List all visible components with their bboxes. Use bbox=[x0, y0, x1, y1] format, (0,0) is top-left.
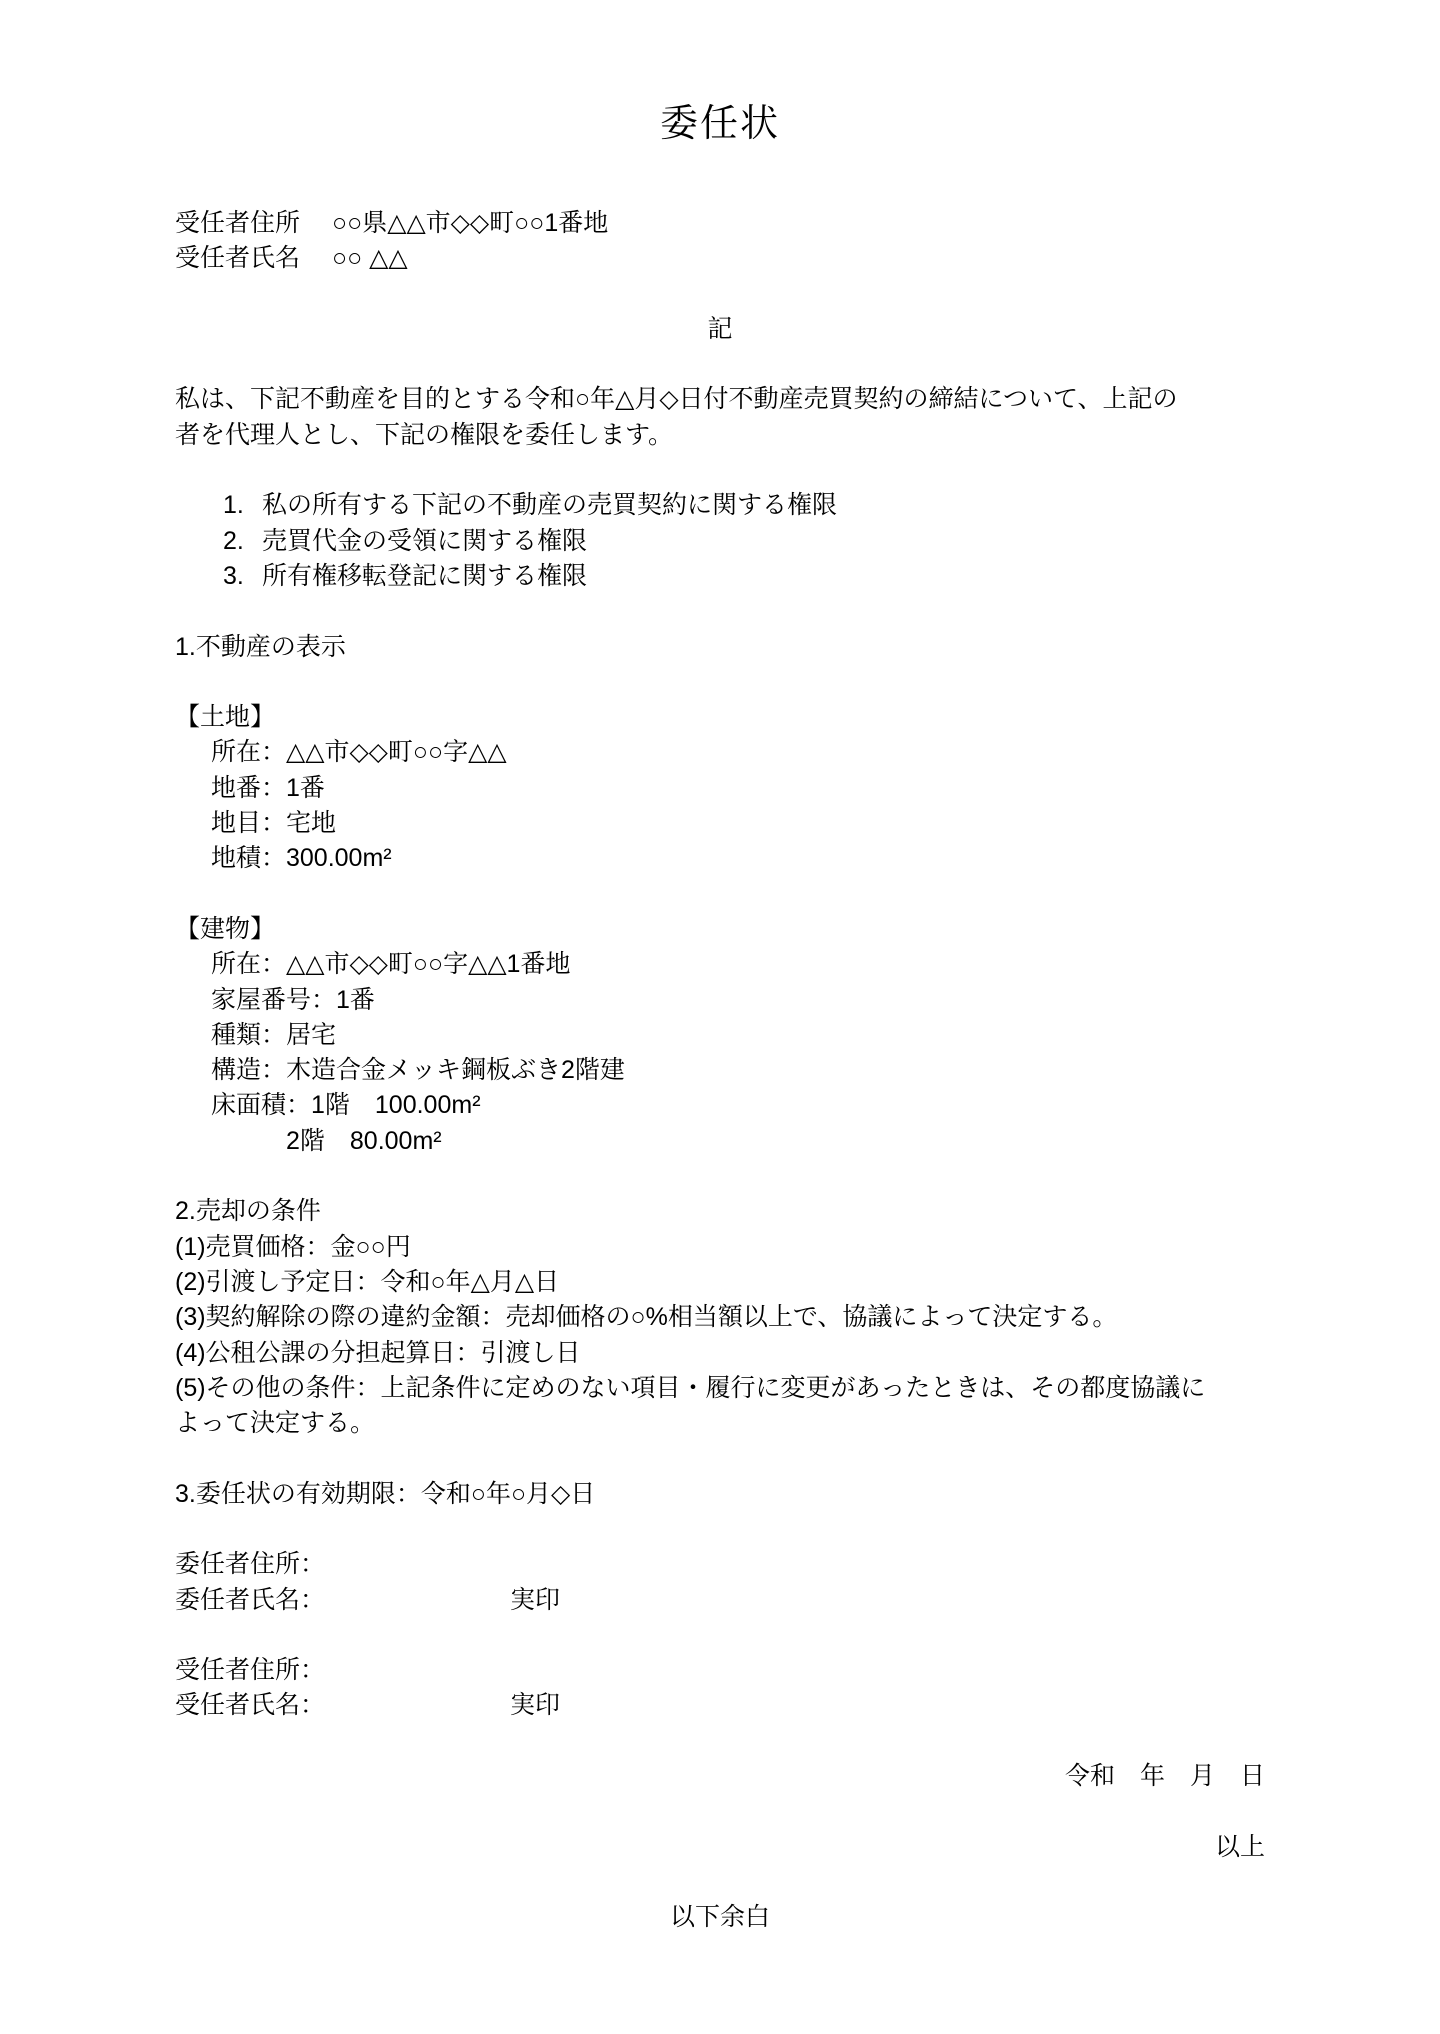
recipient-address-value: ○○県△△市◇◇町○○1番地 bbox=[332, 209, 608, 237]
recipient-name-value: ○○ △△ bbox=[332, 244, 408, 272]
closing-marker: 以上 bbox=[175, 1830, 1265, 1865]
building-detail-location: 所在：△△市◇◇町○○字△△1番地 bbox=[175, 947, 1265, 982]
principal-name-label: 委任者氏名： bbox=[175, 1586, 325, 1614]
date-line: 令和 年 月 日 bbox=[175, 1759, 1265, 1794]
blank-line bbox=[175, 1865, 1265, 1900]
land-detail-lot-number: 地番：1番 bbox=[175, 771, 1265, 806]
power-of-attorney-document: 委任状 受任者住所○○県△△市◇◇町○○1番地 受任者氏名○○ △△ 記 私は、… bbox=[0, 0, 1440, 1936]
agent-name-label: 受任者氏名： bbox=[175, 1691, 325, 1719]
list-item-text: 売買代金の受領に関する権限 bbox=[262, 527, 587, 555]
section-heading-conditions: 2.売却の条件 bbox=[175, 1194, 1265, 1229]
blank-line bbox=[175, 347, 1265, 382]
list-item-power-2: 2.売買代金の受領に関する権限 bbox=[175, 524, 1265, 559]
land-detail-area: 地積：300.00m² bbox=[175, 841, 1265, 876]
section-heading-property: 1.不動産の表示 bbox=[175, 630, 1265, 665]
list-number: 2. bbox=[223, 524, 262, 559]
list-item-power-3: 3.所有権移転登記に関する権限 bbox=[175, 559, 1265, 594]
building-heading: 【建物】 bbox=[175, 912, 1265, 947]
recipient-address-label: 受任者住所 bbox=[175, 209, 300, 237]
land-detail-location: 所在：△△市◇◇町○○字△△ bbox=[175, 735, 1265, 770]
principal-seal-label: 実印 bbox=[510, 1583, 560, 1618]
footer-note: 以下余白 bbox=[175, 1900, 1265, 1935]
list-item-text: 所有権移転登記に関する権限 bbox=[262, 562, 587, 590]
list-number: 3. bbox=[223, 559, 262, 594]
land-heading: 【土地】 bbox=[175, 700, 1265, 735]
list-item-power-1: 1.私の所有する下記の不動産の売買契約に関する権限 bbox=[175, 488, 1265, 523]
principal-address-line: 委任者住所： bbox=[175, 1547, 1265, 1582]
recipient-name-line: 受任者氏名○○ △△ bbox=[175, 241, 1265, 276]
building-detail-type: 種類：居宅 bbox=[175, 1018, 1265, 1053]
blank-line bbox=[175, 877, 1265, 912]
recipient-name-label: 受任者氏名 bbox=[175, 244, 300, 272]
preamble-line-2: 者を代理人とし、下記の権限を委任します。 bbox=[175, 418, 1265, 453]
blank-line bbox=[175, 453, 1265, 488]
blank-line bbox=[175, 1618, 1265, 1653]
building-detail-floor-area-1f: 床面積：1階 100.00m² bbox=[175, 1088, 1265, 1123]
preamble-line-1: 私は、下記不動産を目的とする令和○年△月◇日付不動産売買契約の締結について、上記… bbox=[175, 382, 1265, 417]
document-title: 委任状 bbox=[175, 96, 1265, 152]
recipient-address-line: 受任者住所○○県△△市◇◇町○○1番地 bbox=[175, 206, 1265, 241]
section-heading-validity: 3.委任状の有効期限：令和○年○月◇日 bbox=[175, 1477, 1265, 1512]
blank-line bbox=[175, 1441, 1265, 1476]
blank-line bbox=[175, 1794, 1265, 1829]
land-detail-category: 地目：宅地 bbox=[175, 806, 1265, 841]
list-number: 1. bbox=[223, 488, 262, 523]
agent-seal-label: 実印 bbox=[510, 1688, 560, 1723]
blank-line bbox=[175, 594, 1265, 629]
condition-item-1: (1)売買価格：金○○円 bbox=[175, 1230, 1265, 1265]
agent-name-line: 受任者氏名：実印 bbox=[175, 1688, 1265, 1723]
blank-line bbox=[175, 1159, 1265, 1194]
building-detail-structure: 構造：木造合金メッキ鋼板ぶき2階建 bbox=[175, 1053, 1265, 1088]
blank-line bbox=[175, 1724, 1265, 1759]
condition-item-3: (3)契約解除の際の違約金額：売却価格の○%相当額以上で、協議によって決定する。 bbox=[175, 1300, 1265, 1335]
condition-item-5-continuation: よって決定する。 bbox=[175, 1406, 1265, 1441]
condition-item-2: (2)引渡し予定日：令和○年△月△日 bbox=[175, 1265, 1265, 1300]
agent-address-line: 受任者住所： bbox=[175, 1653, 1265, 1688]
condition-item-5: (5)その他の条件：上記条件に定めのない項目・履行に変更があったときは、その都度… bbox=[175, 1371, 1265, 1406]
blank-line bbox=[175, 277, 1265, 312]
blank-line bbox=[175, 1512, 1265, 1547]
principal-name-line: 委任者氏名：実印 bbox=[175, 1583, 1265, 1618]
building-detail-floor-area-2f: 2階 80.00m² bbox=[175, 1124, 1265, 1159]
building-detail-house-number: 家屋番号：1番 bbox=[175, 983, 1265, 1018]
condition-item-4: (4)公租公課の分担起算日：引渡し日 bbox=[175, 1336, 1265, 1371]
list-item-text: 私の所有する下記の不動産の売買契約に関する権限 bbox=[262, 491, 837, 519]
record-marker: 記 bbox=[175, 312, 1265, 347]
blank-line bbox=[175, 665, 1265, 700]
